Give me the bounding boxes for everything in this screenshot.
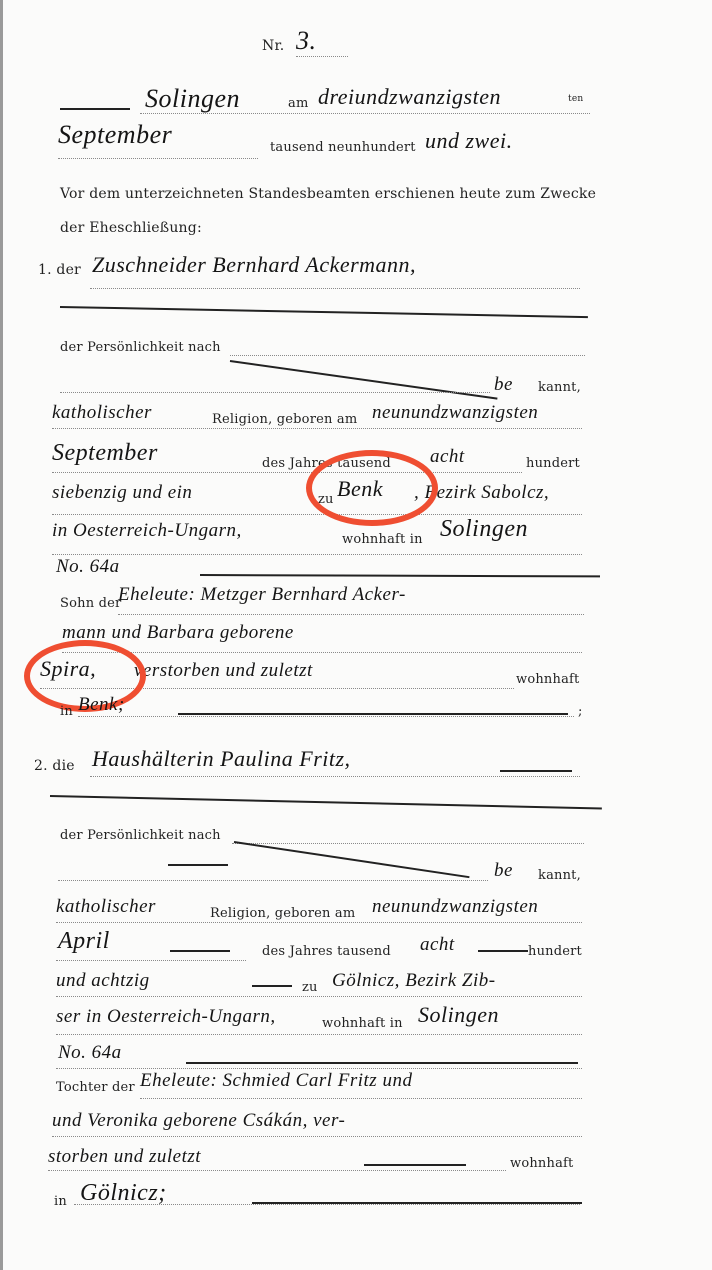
groom-residence-label: wohnhaft in (342, 532, 423, 547)
fill-rule (170, 950, 230, 952)
bride-in-label-2: in (54, 1194, 67, 1209)
groom-occupation-name: Zuschneider Bernhard Ackermann, (92, 252, 416, 278)
record-number-label: Nr. (262, 38, 284, 54)
at-label: am (288, 96, 308, 111)
bride-century: acht (420, 934, 455, 956)
groom-religion: katholischer (52, 402, 152, 424)
groom-last-residence-label: wohnhaft (516, 672, 579, 687)
dotted-line (296, 56, 348, 57)
fill-rule (252, 985, 292, 987)
fill-rule (60, 306, 588, 318)
intro-line-2: der Eheschließung: (60, 220, 202, 236)
dotted-line (52, 428, 582, 429)
fill-rule (252, 1202, 582, 1204)
fill-rule (478, 950, 528, 952)
bride-last-residence: Gölnicz; (80, 1180, 167, 1207)
bride-parents-line1: Eheleute: Schmied Carl Fritz und (140, 1070, 412, 1092)
place-handwritten: Solingen (145, 84, 240, 114)
semicolon: ; (578, 704, 583, 719)
groom-country: in Oesterreich-Ungarn, (52, 520, 242, 542)
bride-last-residence-label: wohnhaft (510, 1156, 573, 1171)
bride-identity-label: der Persönlichkeit nach (60, 828, 221, 843)
groom-known-prefix: be (494, 374, 513, 396)
groom-last-residence: Benk; (78, 694, 125, 716)
bride-residence-label: wohnhaft in (322, 1016, 403, 1031)
bride-birthplace: Gölnicz, Bezirk Zib- (332, 970, 496, 992)
groom-parents-line3: verstorben und zuletzt (134, 660, 313, 682)
dotted-line (62, 652, 582, 653)
bride-residence: Solingen (418, 1002, 499, 1028)
dotted-line (56, 1034, 582, 1035)
fill-rule (500, 770, 572, 772)
dotted-line (52, 1136, 582, 1137)
fill-rule (168, 864, 228, 866)
groom-birth-day: neunundzwanzigsten (372, 402, 538, 424)
dotted-line (118, 614, 584, 615)
strike-rule (230, 360, 498, 400)
dotted-line (56, 922, 582, 923)
groom-identity-label: der Persönlichkeit nach (60, 340, 221, 355)
dotted-line (56, 996, 582, 997)
fill-rule (60, 108, 130, 110)
groom-parents-label: Sohn der (60, 596, 121, 611)
fill-rule (200, 574, 600, 577)
dotted-line (74, 1204, 580, 1205)
bride-religion-label: Religion, geboren am (210, 906, 355, 921)
day-handwritten: dreiundzwanzigsten (318, 84, 501, 110)
fill-rule (178, 713, 568, 715)
bride-parents-line3: storben und zuletzt (48, 1146, 201, 1168)
dotted-line (90, 776, 580, 777)
groom-year-rest: siebenzig und ein (52, 482, 192, 504)
bride-in-label: zu (302, 980, 318, 995)
groom-religion-label: Religion, geboren am (212, 412, 357, 427)
bride-parents-label: Tochter der (56, 1080, 135, 1095)
dotted-line (52, 554, 582, 555)
dotted-line (60, 392, 490, 393)
bride-index-label: 2. die (34, 758, 75, 774)
fill-rule (50, 795, 602, 810)
bride-known-prefix: be (494, 860, 513, 882)
groom-known-label: kannt, (538, 380, 581, 395)
bride-parents-line2: und Veronika geborene Csákán, ver- (52, 1110, 345, 1132)
groom-index-label: 1. der (38, 262, 81, 278)
bride-year-rest: und achtzig (56, 970, 150, 992)
groom-in-label-2: in (60, 704, 73, 719)
bride-hundred-label: hundert (528, 944, 582, 959)
dotted-line (230, 355, 585, 356)
bride-year-label: des Jahres tausend (262, 944, 391, 959)
dotted-line (78, 716, 574, 717)
groom-hundred-label: hundert (526, 456, 580, 471)
intro-line-1: Vor dem unterzeichneten Standesbeamten e… (60, 186, 596, 202)
dotted-line (232, 843, 584, 844)
year-handwritten: und zwei. (425, 128, 513, 154)
groom-house-no: No. 64a (56, 556, 120, 578)
dotted-line (48, 1170, 506, 1171)
dotted-line (58, 158, 258, 159)
month-handwritten: September (58, 120, 172, 150)
bride-known-label: kannt, (538, 868, 581, 883)
groom-century: acht (430, 446, 465, 468)
bride-house-no: No. 64a (58, 1042, 122, 1064)
dotted-line (90, 288, 580, 289)
groom-birth-month: September (52, 440, 158, 467)
bride-country: ser in Oesterreich-Ungarn, (56, 1006, 276, 1028)
bride-religion: katholischer (56, 896, 156, 918)
fill-rule (186, 1062, 578, 1064)
dotted-line (56, 960, 246, 961)
strike-rule (234, 841, 470, 878)
page-left-edge (0, 0, 3, 1270)
bride-birth-day: neunundzwanzigsten (372, 896, 538, 918)
bride-birth-month: April (58, 928, 110, 955)
record-number-value: 3. (296, 26, 317, 56)
fill-rule (364, 1164, 466, 1166)
year-printed: tausend neunhundert (270, 140, 416, 155)
dotted-line (140, 1098, 582, 1099)
dotted-line (56, 1068, 582, 1069)
groom-parents-line1: Eheleute: Metzger Bernhard Acker- (118, 584, 406, 606)
dotted-line (52, 472, 522, 473)
bride-occupation-name: Haushälterin Paulina Fritz, (92, 746, 351, 772)
dotted-line (52, 514, 582, 515)
annotation-circle-benk (306, 450, 438, 526)
dotted-line (140, 113, 590, 114)
groom-residence: Solingen (440, 516, 528, 543)
day-suffix: ten (568, 94, 583, 104)
dotted-line (58, 880, 488, 881)
